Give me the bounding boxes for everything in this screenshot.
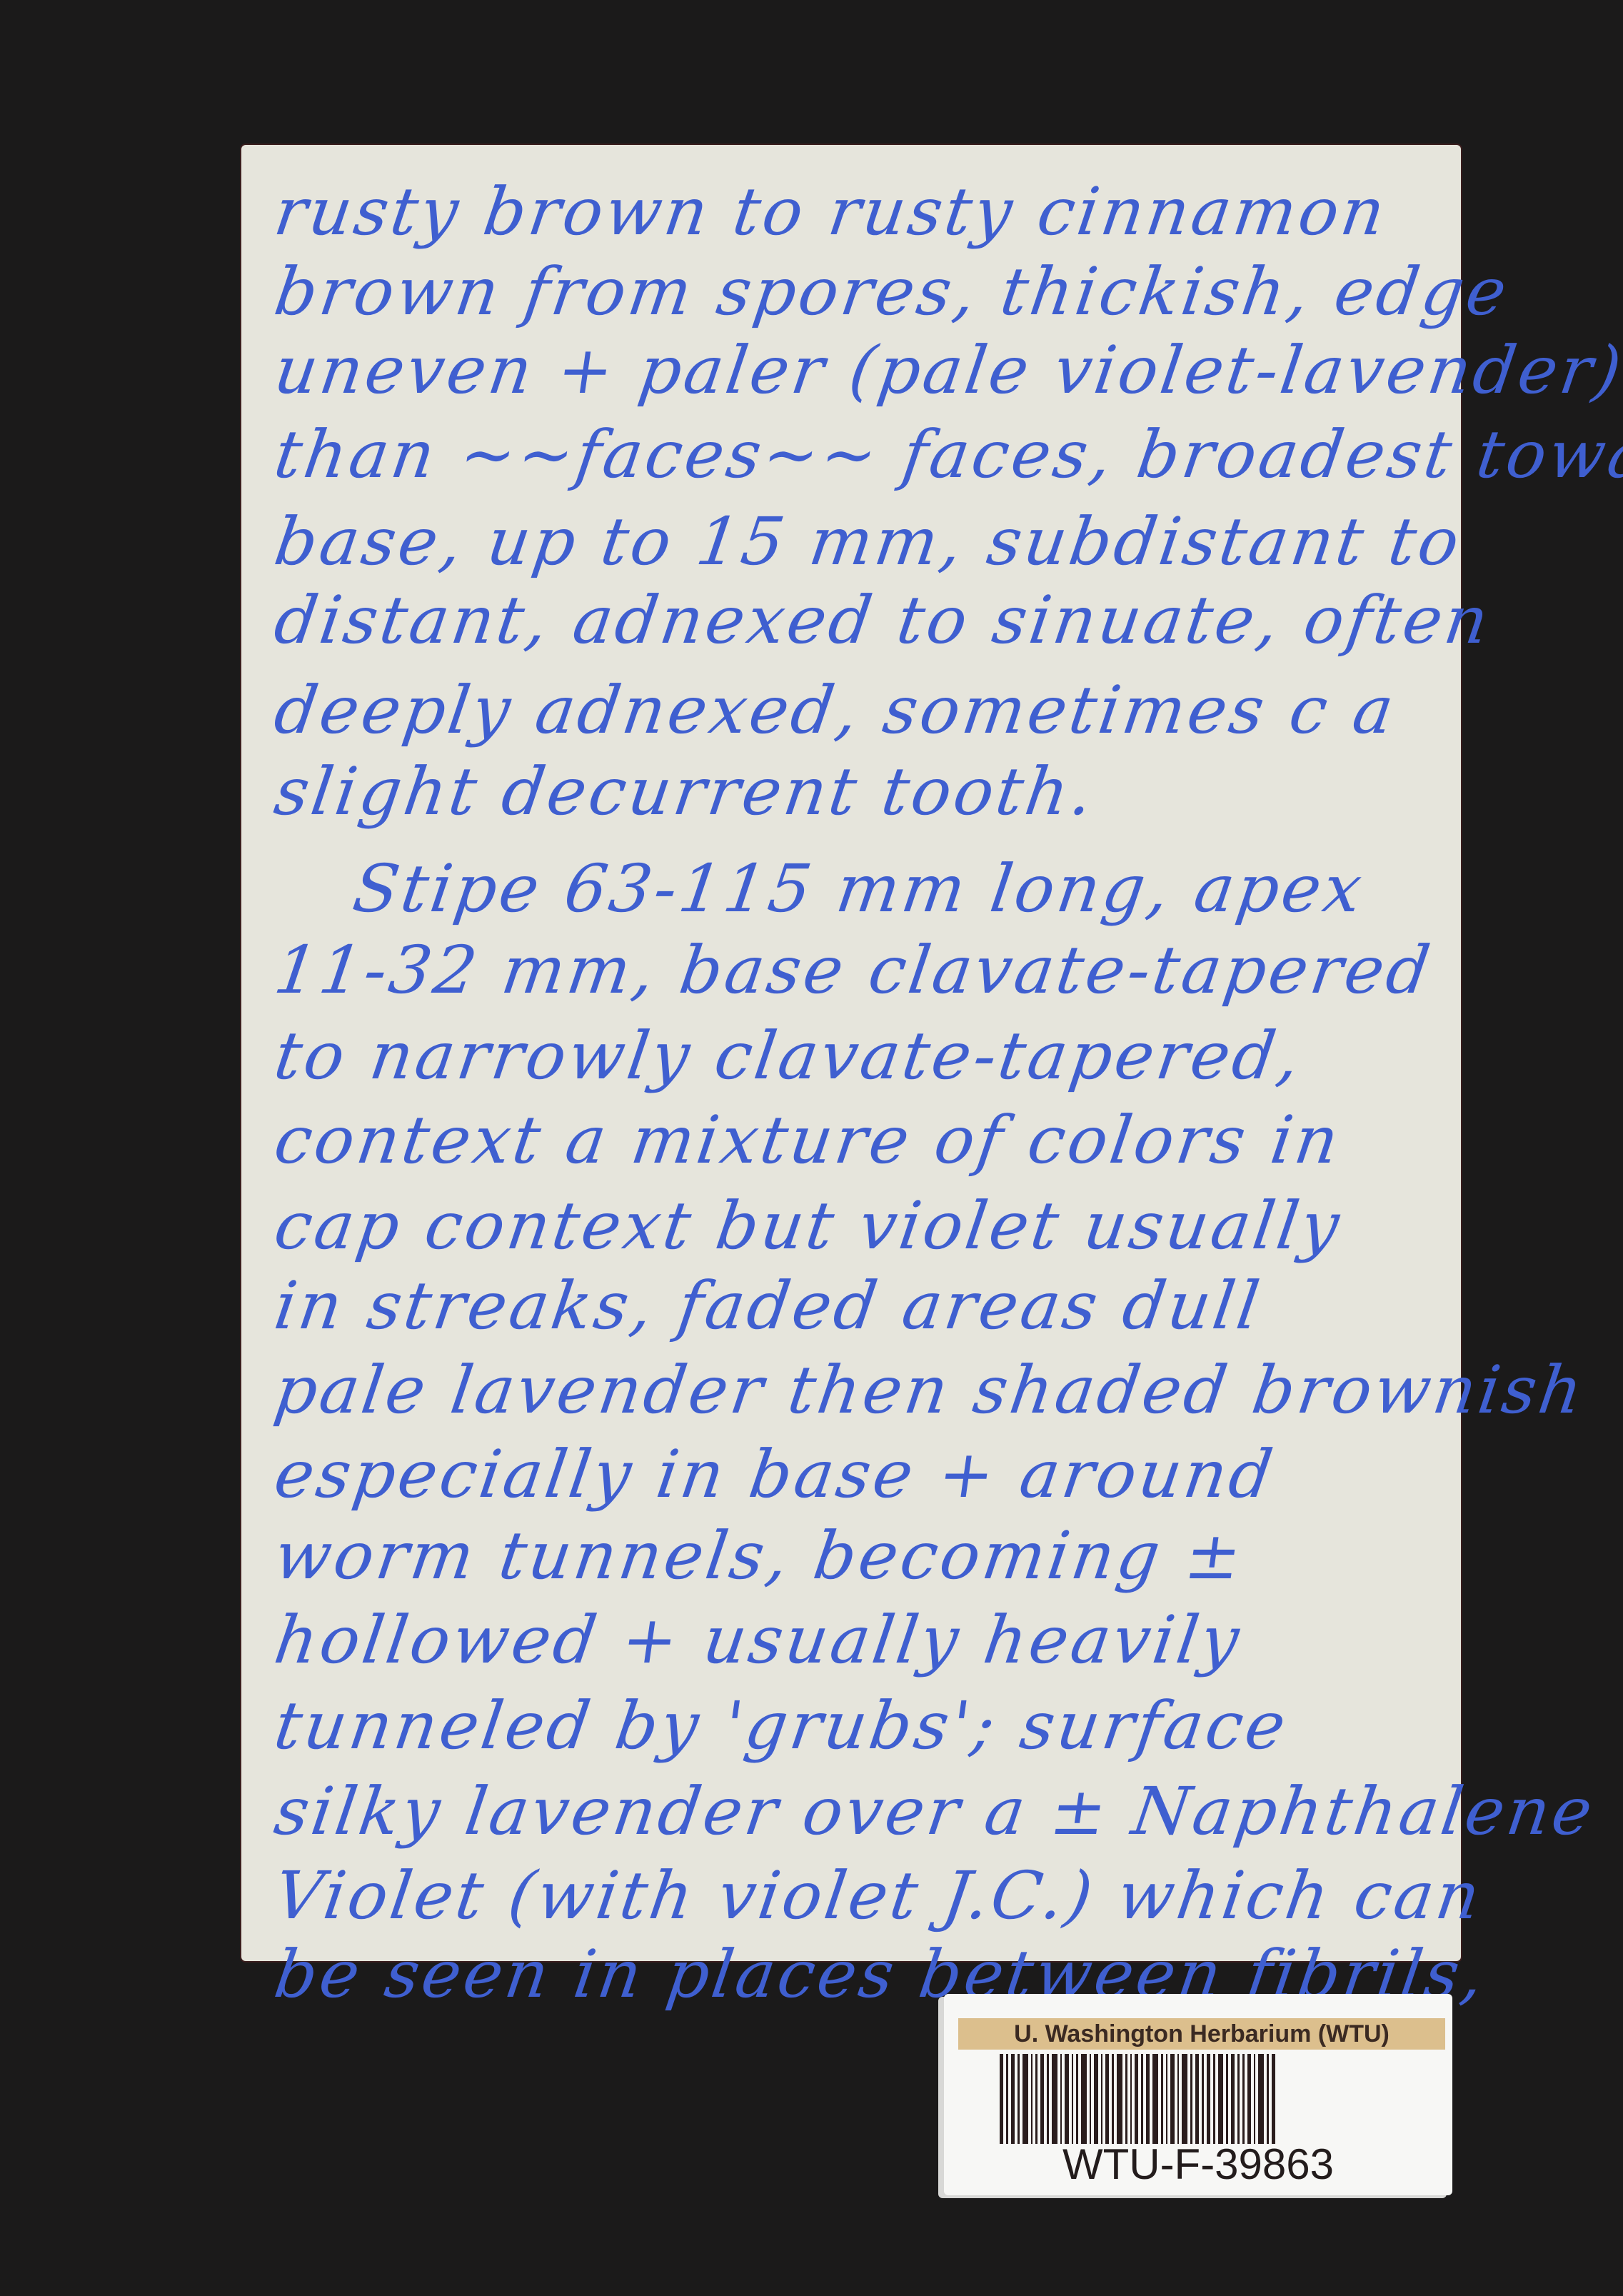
handwritten-line: context a mixture of colors in [270, 1102, 1346, 1178]
handwritten-line: deeply adnexed, sometimes c a [270, 672, 1401, 748]
handwritten-line: hollowed + usually heavily [270, 1602, 1247, 1678]
handwritten-line: rusty brown to rusty cinnamon [270, 174, 1392, 250]
handwritten-line: Violet (with violet J.C.) which can [270, 1858, 1487, 1934]
handwritten-line: silky lavender over a ± Naphthalene [270, 1773, 1599, 1850]
handwritten-line: tunneled by 'grubs'; surface [270, 1688, 1293, 1764]
handwritten-line: in streaks, faded areas dull [270, 1268, 1267, 1344]
handwritten-line: uneven + paler (pale violet-lavender) [270, 332, 1623, 408]
handwritten-line: 11-32 mm, base clavate-tapered [270, 932, 1437, 1008]
handwritten-line: cap context but violet usually [270, 1188, 1347, 1264]
handwritten-line: worm tunnels, becoming ± [270, 1518, 1249, 1594]
handwritten-line: brown from spores, thickish, edge [270, 254, 1514, 330]
handwritten-line: to narrowly clavate-tapered, [270, 1018, 1307, 1094]
handwritten-line: base, up to 15 mm, subdistant to [270, 503, 1467, 580]
handwritten-line: pale lavender then shaded brownish [270, 1352, 1590, 1428]
barcode-icon [1000, 2054, 1278, 2144]
handwritten-line: Stipe 63-115 mm long, apex [348, 851, 1369, 927]
handwritten-line: slight decurrent tooth. [270, 753, 1100, 830]
specimen-barcode-label: U. Washington Herbarium (WTU) WTU-F-3986… [944, 1994, 1452, 2195]
institution-name: U. Washington Herbarium (WTU) [958, 2018, 1445, 2050]
handwritten-line: distant, adnexed to sinuate, often [270, 582, 1496, 658]
handwritten-line: than ~~faces~~ faces, broadest towards [270, 416, 1623, 493]
handwritten-line: especially in base + around [270, 1436, 1280, 1513]
note-card: rusty brown to rusty cinnamon brown from… [241, 145, 1461, 1961]
catalog-number: WTU-F-39863 [944, 2141, 1452, 2188]
